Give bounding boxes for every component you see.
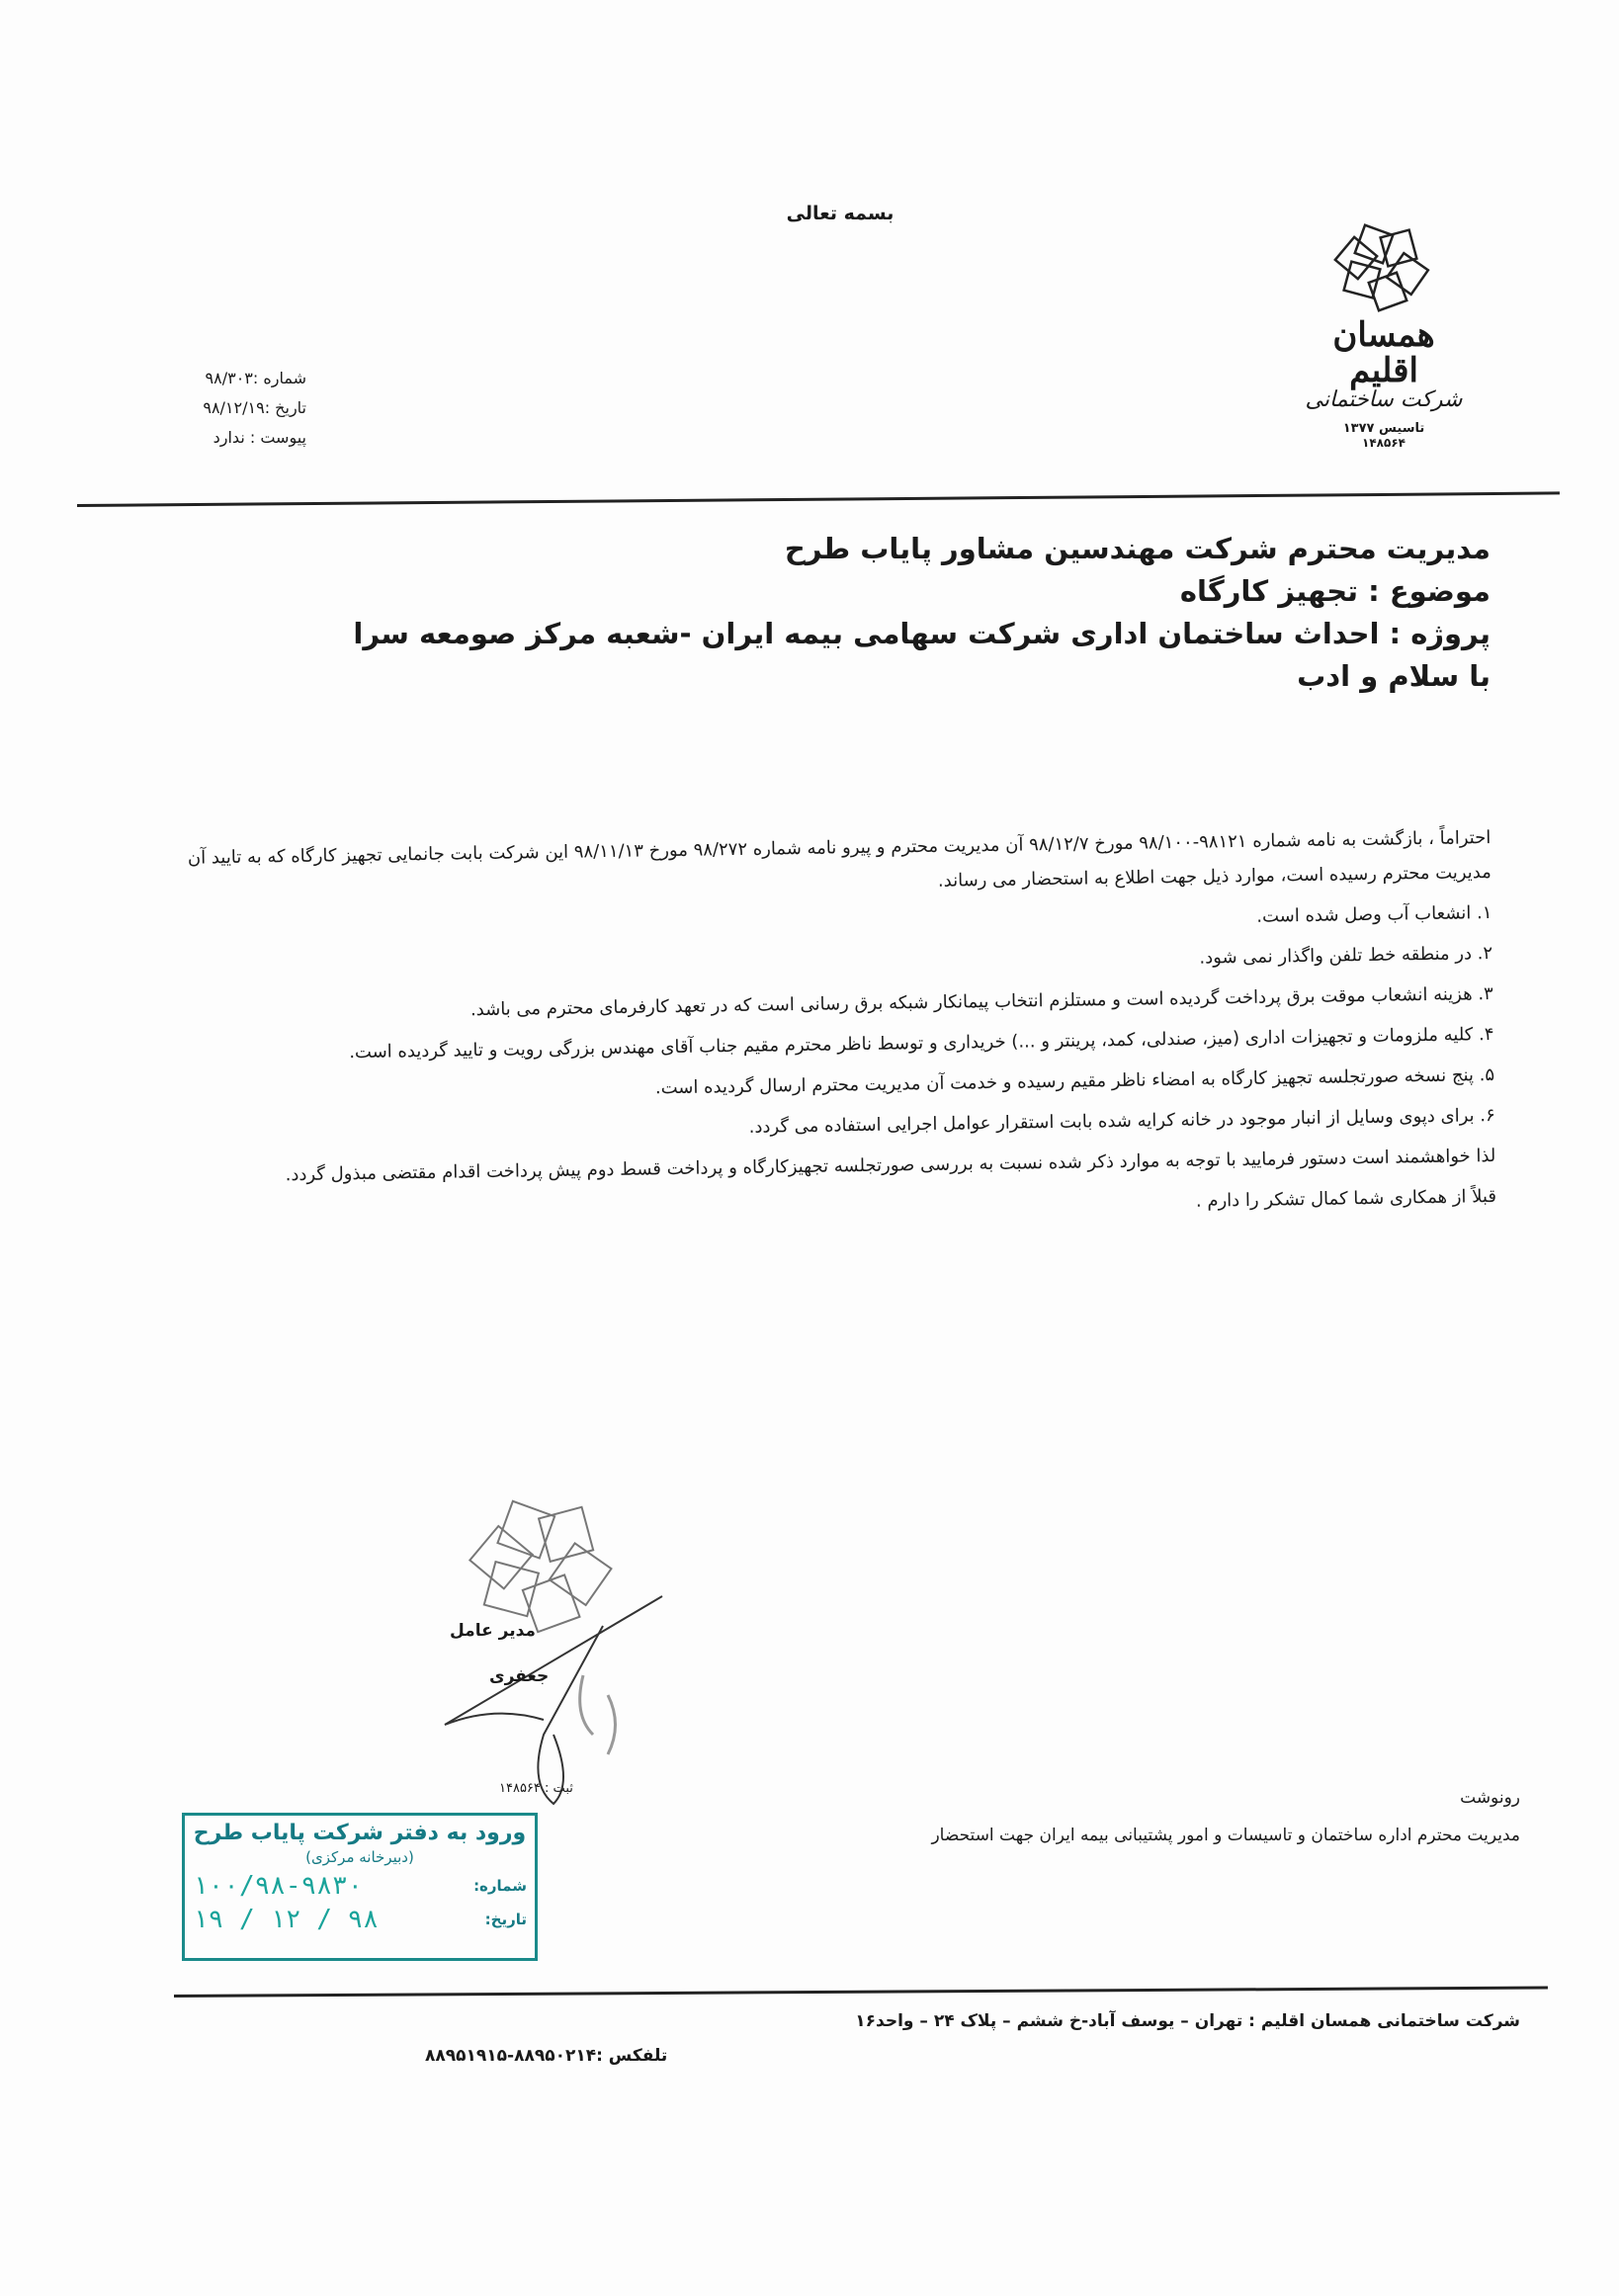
letter-date: تاریخ :۹۸/۱۲/۱۹	[148, 393, 306, 423]
bismillah-heading: بسمه تعالی	[761, 203, 919, 224]
subject: موضوع : تجهیز کارگاه	[403, 570, 1491, 613]
stamp-title: ورود به دفتر شرکت پایاب طرح	[193, 1820, 527, 1847]
cc-recipient: مدیریت محترم اداره ساختمان و تاسیسات و ا…	[710, 1817, 1520, 1854]
footer-address: شرکت ساختمانی همسان اقلیم : تهران – یوسف…	[631, 2011, 1520, 2031]
stamp-subtitle: (دبیرخانه مرکزی)	[193, 1847, 527, 1867]
seal-registration: ثبت : ۱۴۸۵۶۴	[499, 1781, 573, 1796]
logo-company-name: همسان اقلیم	[1305, 318, 1463, 388]
stamp-number-value: ۱۰۰/۹۸-۹۸۳۰	[193, 1871, 363, 1901]
letter-body: احتراماً ، بازگشت به نامه شماره ۹۸۱۲۱-۹۸…	[127, 820, 1496, 1241]
project: پروژه : احداث ساختمان اداری شرکت سهامی ب…	[403, 613, 1491, 655]
addressee-block: مدیریت محترم شرکت مهندسین مشاور پایاب طر…	[403, 528, 1491, 698]
intro-paragraph: احتراماً ، بازگشت به نامه شماره ۹۸۱۲۱-۹۸…	[127, 820, 1491, 911]
cc-label: رونوشت	[710, 1779, 1520, 1817]
signatory-title: مدیر عامل	[450, 1621, 536, 1641]
header-divider	[77, 491, 1560, 507]
letter-meta: شماره :۹۸/۳۰۳ تاریخ :۹۸/۱۲/۱۹ پیوست : ند…	[148, 364, 306, 453]
recipient: مدیریت محترم شرکت مهندسین مشاور پایاب طر…	[403, 528, 1491, 570]
logo-company-type: شرکت ساختمانی	[1305, 388, 1463, 412]
star-logo-icon	[1329, 215, 1438, 324]
logo-registration: ۱۴۸۵۶۴	[1305, 436, 1463, 450]
carbon-copy: رونوشت مدیریت محترم اداره ساختمان و تاسی…	[710, 1779, 1520, 1854]
signatory-name: جعفری	[489, 1666, 549, 1686]
signature-seal-icon	[435, 1488, 672, 1814]
company-logo: همسان اقلیم شرکت ساختمانی تاسیس ۱۳۷۷ ۱۴۸…	[1305, 215, 1463, 450]
stamp-date-label: تاریخ:	[485, 1911, 527, 1928]
stamp-date-row: تاریخ: ۹۸ / ۱۲ / ۱۹	[193, 1905, 527, 1934]
stamp-number-label: شماره:	[473, 1877, 527, 1895]
footer-telefax: تلفکس :۸۸۹۵۰۲۱۴-۸۸۹۵۱۹۱۵	[425, 2046, 667, 2066]
letter-number: شماره :۹۸/۳۰۳	[148, 364, 306, 393]
stamp-date-value: ۹۸ / ۱۲ / ۱۹	[193, 1905, 379, 1934]
stamp-number-row: شماره: ۱۰۰/۹۸-۹۸۳۰	[193, 1871, 527, 1901]
footer-divider	[174, 1987, 1548, 1998]
logo-established: تاسیس ۱۳۷۷	[1305, 421, 1463, 436]
letter-attachment: پیوست : ندارد	[148, 423, 306, 453]
receipt-stamp: ورود به دفتر شرکت پایاب طرح (دبیرخانه مر…	[182, 1813, 538, 1961]
greeting: با سلام و ادب	[403, 655, 1491, 698]
letter-page: بسمه تعالی همسان اقلیم شرکت ساختمانی تاس…	[0, 0, 1619, 2296]
